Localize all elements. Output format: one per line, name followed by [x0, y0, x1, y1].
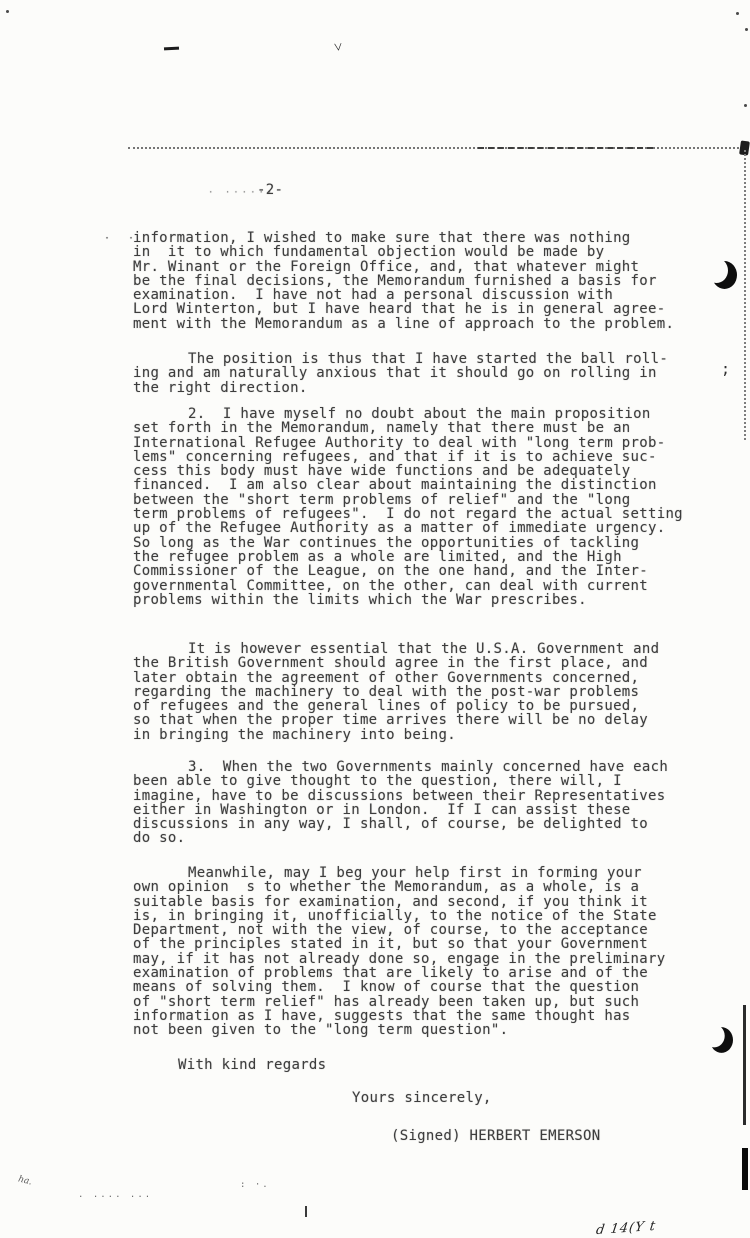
top-check-mark: ˅ [333, 38, 343, 58]
right-edge-heavy-mark [742, 1148, 748, 1190]
body-paragraph-5: 3. When the two Governments mainly conce… [133, 760, 743, 846]
corner-speck [745, 28, 748, 31]
corner-speck [744, 104, 747, 107]
handwritten-scribble: d 14(Y t [595, 1219, 657, 1238]
corner-speck [6, 10, 9, 13]
signature-line: (Signed) HERBERT EMERSON [391, 1129, 601, 1143]
page-number: -2- [257, 183, 283, 197]
scanned-letter-page: · ······ -2- information, I wished to ma… [0, 0, 750, 1238]
valediction-line: Yours sincerely, [352, 1091, 492, 1105]
top-dash-mark [164, 47, 179, 51]
bottom-left-mark: ha. [17, 1174, 33, 1187]
ink-blot-crescent-top [712, 261, 737, 289]
corner-speck [736, 12, 739, 15]
scanner-noise-line-dark [478, 147, 653, 149]
body-paragraph-4: It is however essential that the U.S.A. … [133, 642, 743, 742]
closing-line: With kind regards [178, 1058, 326, 1072]
right-edge-line [743, 1005, 746, 1125]
bottom-dash-marks: . .... ... [78, 1190, 152, 1200]
right-edge-dotted-line [744, 150, 746, 440]
ink-blot-crescent-bottom [710, 1027, 733, 1053]
bottom-tick-mark [305, 1206, 307, 1217]
body-paragraph-2: The position is thus that I have started… [133, 352, 743, 395]
bottom-dot-marks: : ·. [240, 1180, 270, 1190]
margin-semicolon-mark: ; [721, 360, 730, 378]
left-margin-dots: · · [104, 232, 140, 246]
body-paragraph-3: 2. I have myself no doubt about the main… [133, 407, 743, 607]
body-paragraph-1: information, I wished to make sure that … [133, 231, 743, 331]
body-paragraph-6: Meanwhile, may I beg your help first in … [133, 866, 743, 1038]
